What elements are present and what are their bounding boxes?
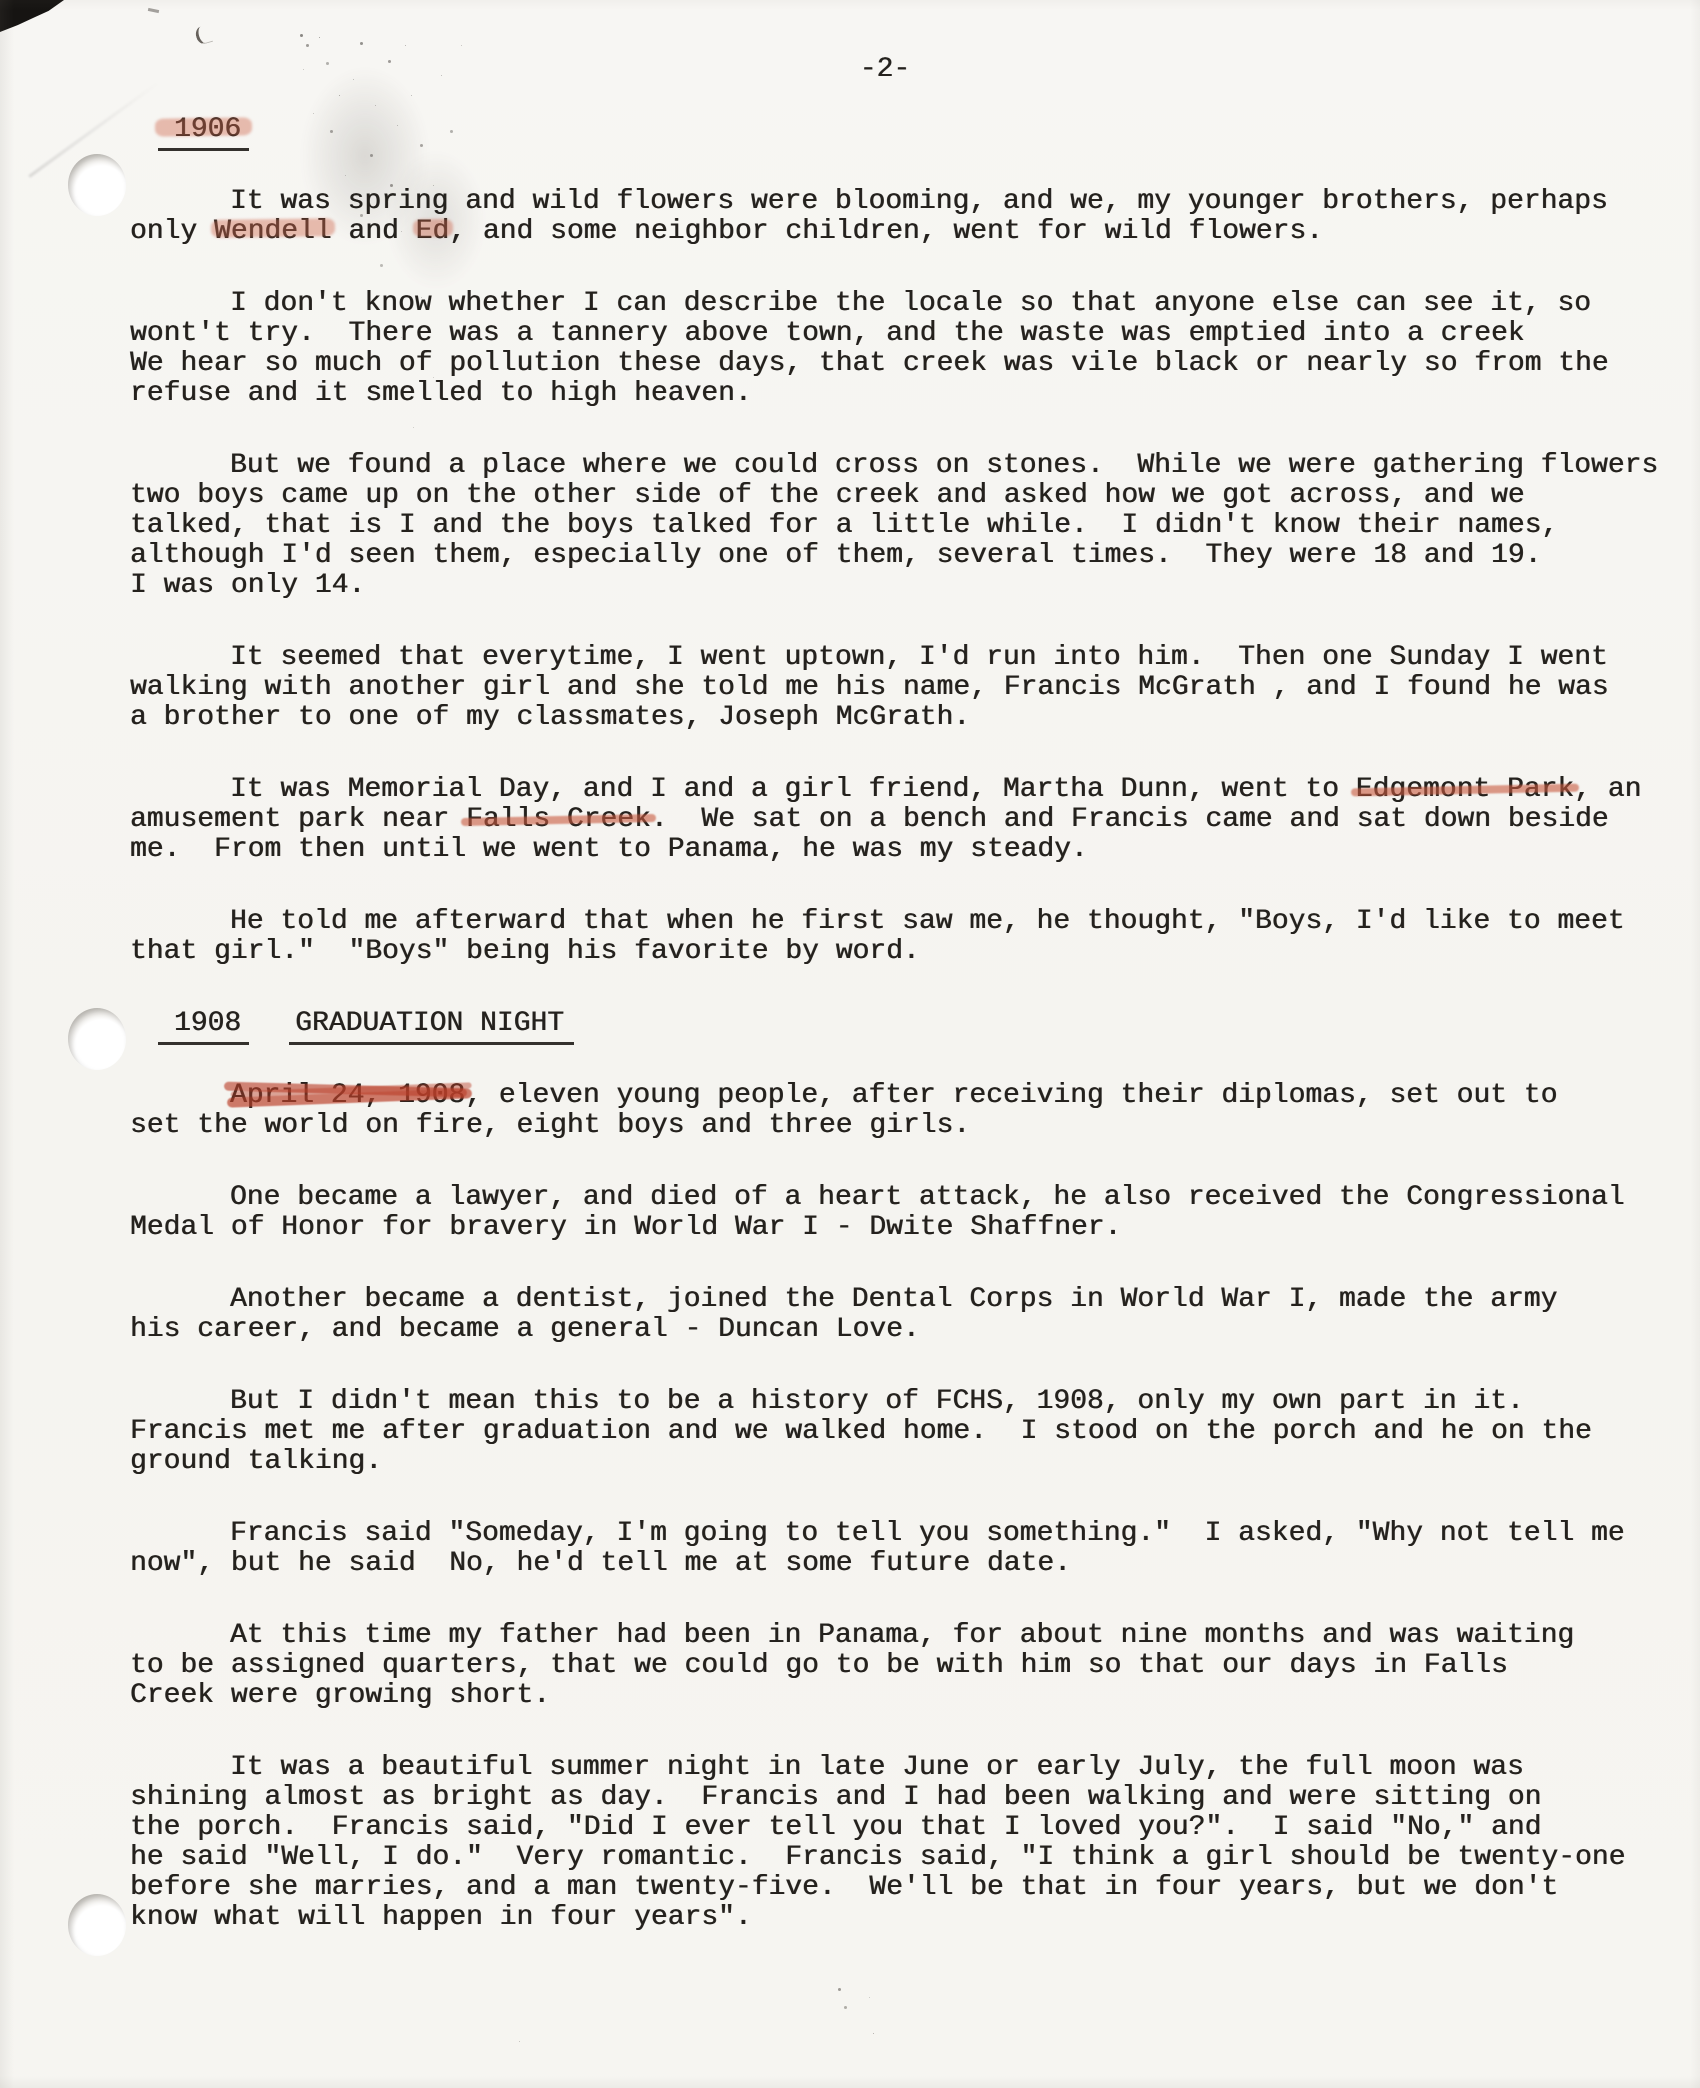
text-run: wont't try. There was a tannery above to… <box>130 318 1525 349</box>
text-run: He told me afterward that when he first … <box>230 906 1625 937</box>
text-run: We hear so much of pollution these days,… <box>130 348 1609 379</box>
paragraph: April 24, 1908, eleven young people, aft… <box>130 1081 1640 1141</box>
text-line: Another became a dentist, joined the Den… <box>130 1285 1640 1315</box>
text-line: ground talking. <box>130 1447 1640 1477</box>
text-line: me. From then until we went to Panama, h… <box>130 835 1640 865</box>
text-line: now", but he said No, he'd tell me at so… <box>130 1549 1640 1579</box>
text-line: two boys came up on the other side of th… <box>130 481 1640 511</box>
red-pencil-mark: Ed <box>416 216 450 247</box>
text-run: But I didn't mean this to be a history o… <box>230 1386 1524 1417</box>
text-line: refuse and it smelled to high heaven. <box>130 379 1640 409</box>
text-run: the porch. Francis said, "Did I ever tel… <box>130 1812 1541 1843</box>
text-line: Creek were growing short. <box>130 1681 1640 1711</box>
paragraph: It was Memorial Day, and I and a girl fr… <box>130 775 1640 865</box>
text-run: only <box>130 216 214 247</box>
text-line: a brother to one of my classmates, Josep… <box>130 703 1640 733</box>
paragraph: Another became a dentist, joined the Den… <box>130 1285 1640 1345</box>
text-line: that girl." "Boys" being his favorite by… <box>130 937 1640 967</box>
text-run: It was spring and wild flowers were bloo… <box>230 186 1608 217</box>
paragraph: It was spring and wild flowers were bloo… <box>130 187 1640 247</box>
text-line: only Wendell and Ed, and some neighbor c… <box>130 217 1640 247</box>
text-run: talked, that is I and the boys talked fo… <box>130 510 1558 541</box>
text-line: It was a beautiful summer night in late … <box>130 1753 1640 1783</box>
section-heading: 1908 <box>158 1009 249 1045</box>
paragraph: I don't know whether I can describe the … <box>130 289 1640 409</box>
text-run: to be assigned quarters, that we could g… <box>130 1650 1508 1681</box>
text-run: . We sat on a bench and Francis came and… <box>651 804 1609 835</box>
text-run: and <box>332 216 416 247</box>
text-run: refuse and it smelled to high heaven. <box>130 378 752 409</box>
text-line: It was Memorial Day, and I and a girl fr… <box>130 775 1640 805</box>
text-run: , and some neighbor children, went for w… <box>449 216 1323 247</box>
section-1908: 1908GRADUATION NIGHTApril 24, 1908, elev… <box>130 1009 1640 1933</box>
scan-corner-ink-blot <box>0 0 64 32</box>
paragraph: But we found a place where we could cros… <box>130 451 1640 601</box>
text-run: It was a beautiful summer night in late … <box>230 1752 1524 1783</box>
pen-squiggle-mark <box>194 24 213 45</box>
text-run: before she marries, and a man twenty-fiv… <box>130 1872 1558 1903</box>
text-line: Francis met me after graduation and we w… <box>130 1417 1640 1447</box>
text-line: He told me afterward that when he first … <box>130 907 1640 937</box>
text-run: amusement park near <box>130 804 466 835</box>
red-pencil-mark: April 24, 1908 <box>230 1080 465 1111</box>
text-line: his career, and became a general - Dunca… <box>130 1315 1640 1345</box>
text-run: ground talking. <box>130 1446 382 1477</box>
text-run: I don't know whether I can describe the … <box>230 288 1591 319</box>
section-heading: 1906 <box>158 115 249 151</box>
text-line: shining almost as bright as day. Francis… <box>130 1783 1640 1813</box>
text-line: set the world on fire, eight boys and th… <box>130 1111 1640 1141</box>
text-run: , an <box>1574 774 1641 805</box>
text-run: his career, and became a general - Dunca… <box>130 1314 920 1345</box>
text-line: he said "Well, I do." Very romantic. Fra… <box>130 1843 1640 1873</box>
paragraph: But I didn't mean this to be a history o… <box>130 1387 1640 1477</box>
text-run: shining almost as bright as day. Francis… <box>130 1782 1541 1813</box>
section-heading-row: 1906 <box>158 115 1640 151</box>
red-pencil-mark: Wendell <box>214 216 332 247</box>
text-line: talked, that is I and the boys talked fo… <box>130 511 1640 541</box>
text-run: Another became a dentist, joined the Den… <box>230 1284 1557 1315</box>
red-pencil-mark: Edgemont Park <box>1356 774 1574 805</box>
paragraph: He told me afterward that when he first … <box>130 907 1640 967</box>
text-line: April 24, 1908, eleven young people, aft… <box>130 1081 1640 1111</box>
punch-hole <box>68 1894 126 1956</box>
text-run: I was only 14. <box>130 570 365 601</box>
text-run: , eleven young people, after receiving t… <box>465 1080 1557 1111</box>
text-run: know what will happen in four years". <box>130 1902 752 1933</box>
text-line: know what will happen in four years". <box>130 1903 1640 1933</box>
punch-hole <box>68 154 126 216</box>
text-line: I was only 14. <box>130 571 1640 601</box>
section-1906: 1906It was spring and wild flowers were … <box>130 115 1640 967</box>
text-run: he said "Well, I do." Very romantic. Fra… <box>130 1842 1625 1873</box>
text-line: before she marries, and a man twenty-fiv… <box>130 1873 1640 1903</box>
text-run: a brother to one of my classmates, Josep… <box>130 702 970 733</box>
text-line: It seemed that everytime, I went uptown,… <box>130 643 1640 673</box>
text-run: although I'd seen them, especially one o… <box>130 540 1541 571</box>
paragraph: It was a beautiful summer night in late … <box>130 1753 1640 1933</box>
text-run: walking with another girl and she told m… <box>130 672 1609 703</box>
paragraph: Francis said "Someday, I'm going to tell… <box>130 1519 1640 1579</box>
text-line: We hear so much of pollution these days,… <box>130 349 1640 379</box>
text-line: I don't know whether I can describe the … <box>130 289 1640 319</box>
scan-speckle-cluster <box>300 34 303 37</box>
scanned-memoir-page: -2- 1906It was spring and wild flowers w… <box>0 0 1700 2088</box>
paragraph: At this time my father had been in Panam… <box>130 1621 1640 1711</box>
text-line: But we found a place where we could cros… <box>130 451 1640 481</box>
document-text: -2- 1906It was spring and wild flowers w… <box>130 55 1640 1975</box>
scan-speckle-cluster <box>838 1988 841 1991</box>
text-line: although I'd seen them, especially one o… <box>130 541 1640 571</box>
red-pencil-mark: Falls Creek <box>466 804 651 835</box>
text-run: me. From then until we went to Panama, h… <box>130 834 1088 865</box>
text-line: Francis said "Someday, I'm going to tell… <box>130 1519 1640 1549</box>
text-run: One became a lawyer, and died of a heart… <box>230 1182 1625 1213</box>
paragraph: One became a lawyer, and died of a heart… <box>130 1183 1640 1243</box>
text-run: But we found a place where we could cros… <box>230 450 1658 481</box>
page-number: -2- <box>130 55 1640 85</box>
text-line: to be assigned quarters, that we could g… <box>130 1651 1640 1681</box>
text-line: Medal of Honor for bravery in World War … <box>130 1213 1640 1243</box>
text-line: At this time my father had been in Panam… <box>130 1621 1640 1651</box>
text-run: Creek were growing short. <box>130 1680 550 1711</box>
text-run: At this time my father had been in Panam… <box>230 1620 1574 1651</box>
text-line: walking with another girl and she told m… <box>130 673 1640 703</box>
text-run: It was Memorial Day, and I and a girl fr… <box>230 774 1356 805</box>
paragraph: It seemed that everytime, I went uptown,… <box>130 643 1640 733</box>
text-line: But I didn't mean this to be a history o… <box>130 1387 1640 1417</box>
punch-hole <box>68 1008 126 1070</box>
text-run: It seemed that everytime, I went uptown,… <box>230 642 1608 673</box>
text-run: that girl." "Boys" being his favorite by… <box>130 936 920 967</box>
text-run: two boys came up on the other side of th… <box>130 480 1525 511</box>
text-line: One became a lawyer, and died of a heart… <box>130 1183 1640 1213</box>
text-run: now", but he said No, he'd tell me at so… <box>130 1548 1071 1579</box>
text-run: Francis met me after graduation and we w… <box>130 1416 1592 1447</box>
text-run: Medal of Honor for bravery in World War … <box>130 1212 1121 1243</box>
text-run: set the world on fire, eight boys and th… <box>130 1110 970 1141</box>
section-subheading: GRADUATION NIGHT <box>289 1009 574 1045</box>
section-heading-row: 1908GRADUATION NIGHT <box>158 1009 1640 1045</box>
text-run: Francis said "Someday, I'm going to tell… <box>230 1518 1625 1549</box>
scan-speck-dash <box>148 8 159 13</box>
text-line: amusement park near Falls Creek. We sat … <box>130 805 1640 835</box>
text-line: wont't try. There was a tannery above to… <box>130 319 1640 349</box>
text-line: the porch. Francis said, "Did I ever tel… <box>130 1813 1640 1843</box>
text-line: It was spring and wild flowers were bloo… <box>130 187 1640 217</box>
